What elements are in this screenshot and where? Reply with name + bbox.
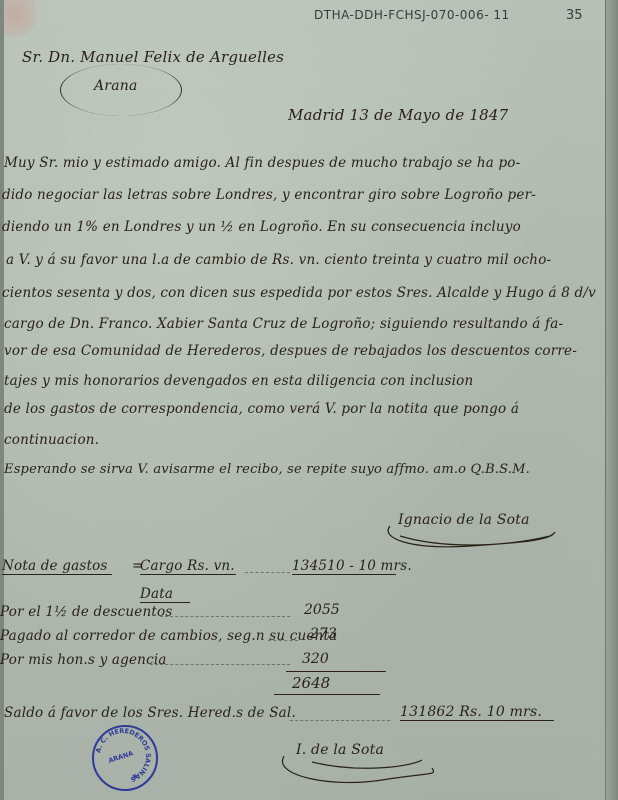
date-line: Madrid 13 de Mayo de 1847: [288, 106, 508, 124]
expense-item-label: Por mis hon.s y agencia: [0, 652, 167, 668]
charge-amount: 134510 - 10 mrs.: [292, 558, 396, 575]
balance-label: Saldo á favor de los Sres. Hered.s de Sa…: [4, 705, 296, 721]
expense-item-label: Por el 1½ de descuentos: [0, 604, 172, 620]
expense-item-amount: 273: [310, 626, 337, 642]
expense-note-title: Nota de gastos: [2, 558, 112, 575]
data-label: Data: [140, 586, 190, 603]
leader-dashes: [245, 572, 290, 573]
balance-amount: 131862 Rs. 10 mrs.: [400, 704, 554, 721]
archive-reference: DTHA-DDH-FCHSJ-070-006- 11: [314, 8, 510, 22]
addressee-place: Arana: [94, 78, 138, 94]
leader-dashes: [150, 664, 290, 665]
ownership-stamp: A. C. HEREDEROS SALINAS ARANA ✱: [92, 725, 158, 791]
subtotal-rule: [286, 671, 386, 672]
body-line: tajes y mis honorarios devengados en est…: [4, 373, 473, 389]
initials-flourish: [272, 746, 442, 796]
body-line: diendo un 1% en Londres y un ½ en Logroñ…: [2, 219, 521, 235]
body-line: continuacion.: [4, 432, 99, 448]
body-line: cientos sesenta y dos, con dicen sus esp…: [2, 285, 596, 301]
body-line: Muy Sr. mio y estimado amigo. Al fin des…: [4, 155, 520, 171]
expense-item-amount: 2055: [304, 602, 340, 618]
expense-item-amount: 320: [302, 651, 329, 667]
leader-dashes: [160, 616, 290, 617]
document-page: DTHA-DDH-FCHSJ-070-006- 11 35 Sr. Dn. Ma…: [0, 0, 618, 800]
signature-flourish: [380, 518, 560, 558]
addressee-line: Sr. Dn. Manuel Felix de Arguelles: [22, 48, 284, 66]
body-line: de los gastos de correspondencia, como v…: [4, 401, 519, 417]
body-line: vor de esa Comunidad de Herederos, despu…: [4, 343, 577, 359]
leader-dashes: [268, 640, 298, 641]
subtotal-amount: 2648: [292, 674, 330, 692]
body-line: cargo de Dn. Franco. Xabier Santa Cruz d…: [4, 316, 563, 332]
expense-item-label: Pagado al corredor de cambios, seg.n su …: [0, 628, 337, 644]
leader-dashes: [290, 720, 390, 721]
body-line: a V. y á su favor una l.a de cambio de R…: [6, 252, 551, 268]
charge-label: Cargo Rs. vn.: [140, 558, 236, 575]
right-page-edge: [605, 0, 618, 800]
closing-line: Esperando se sirva V. avisarme el recibo…: [4, 462, 530, 477]
left-page-edge: [0, 0, 4, 800]
star-icon: ✱: [132, 773, 138, 781]
subtotal-bottom-rule: [274, 694, 380, 695]
body-line: dido negociar las letras sobre Londres, …: [2, 187, 536, 203]
red-stain: [0, 0, 37, 38]
folio-number: 35: [566, 8, 583, 23]
